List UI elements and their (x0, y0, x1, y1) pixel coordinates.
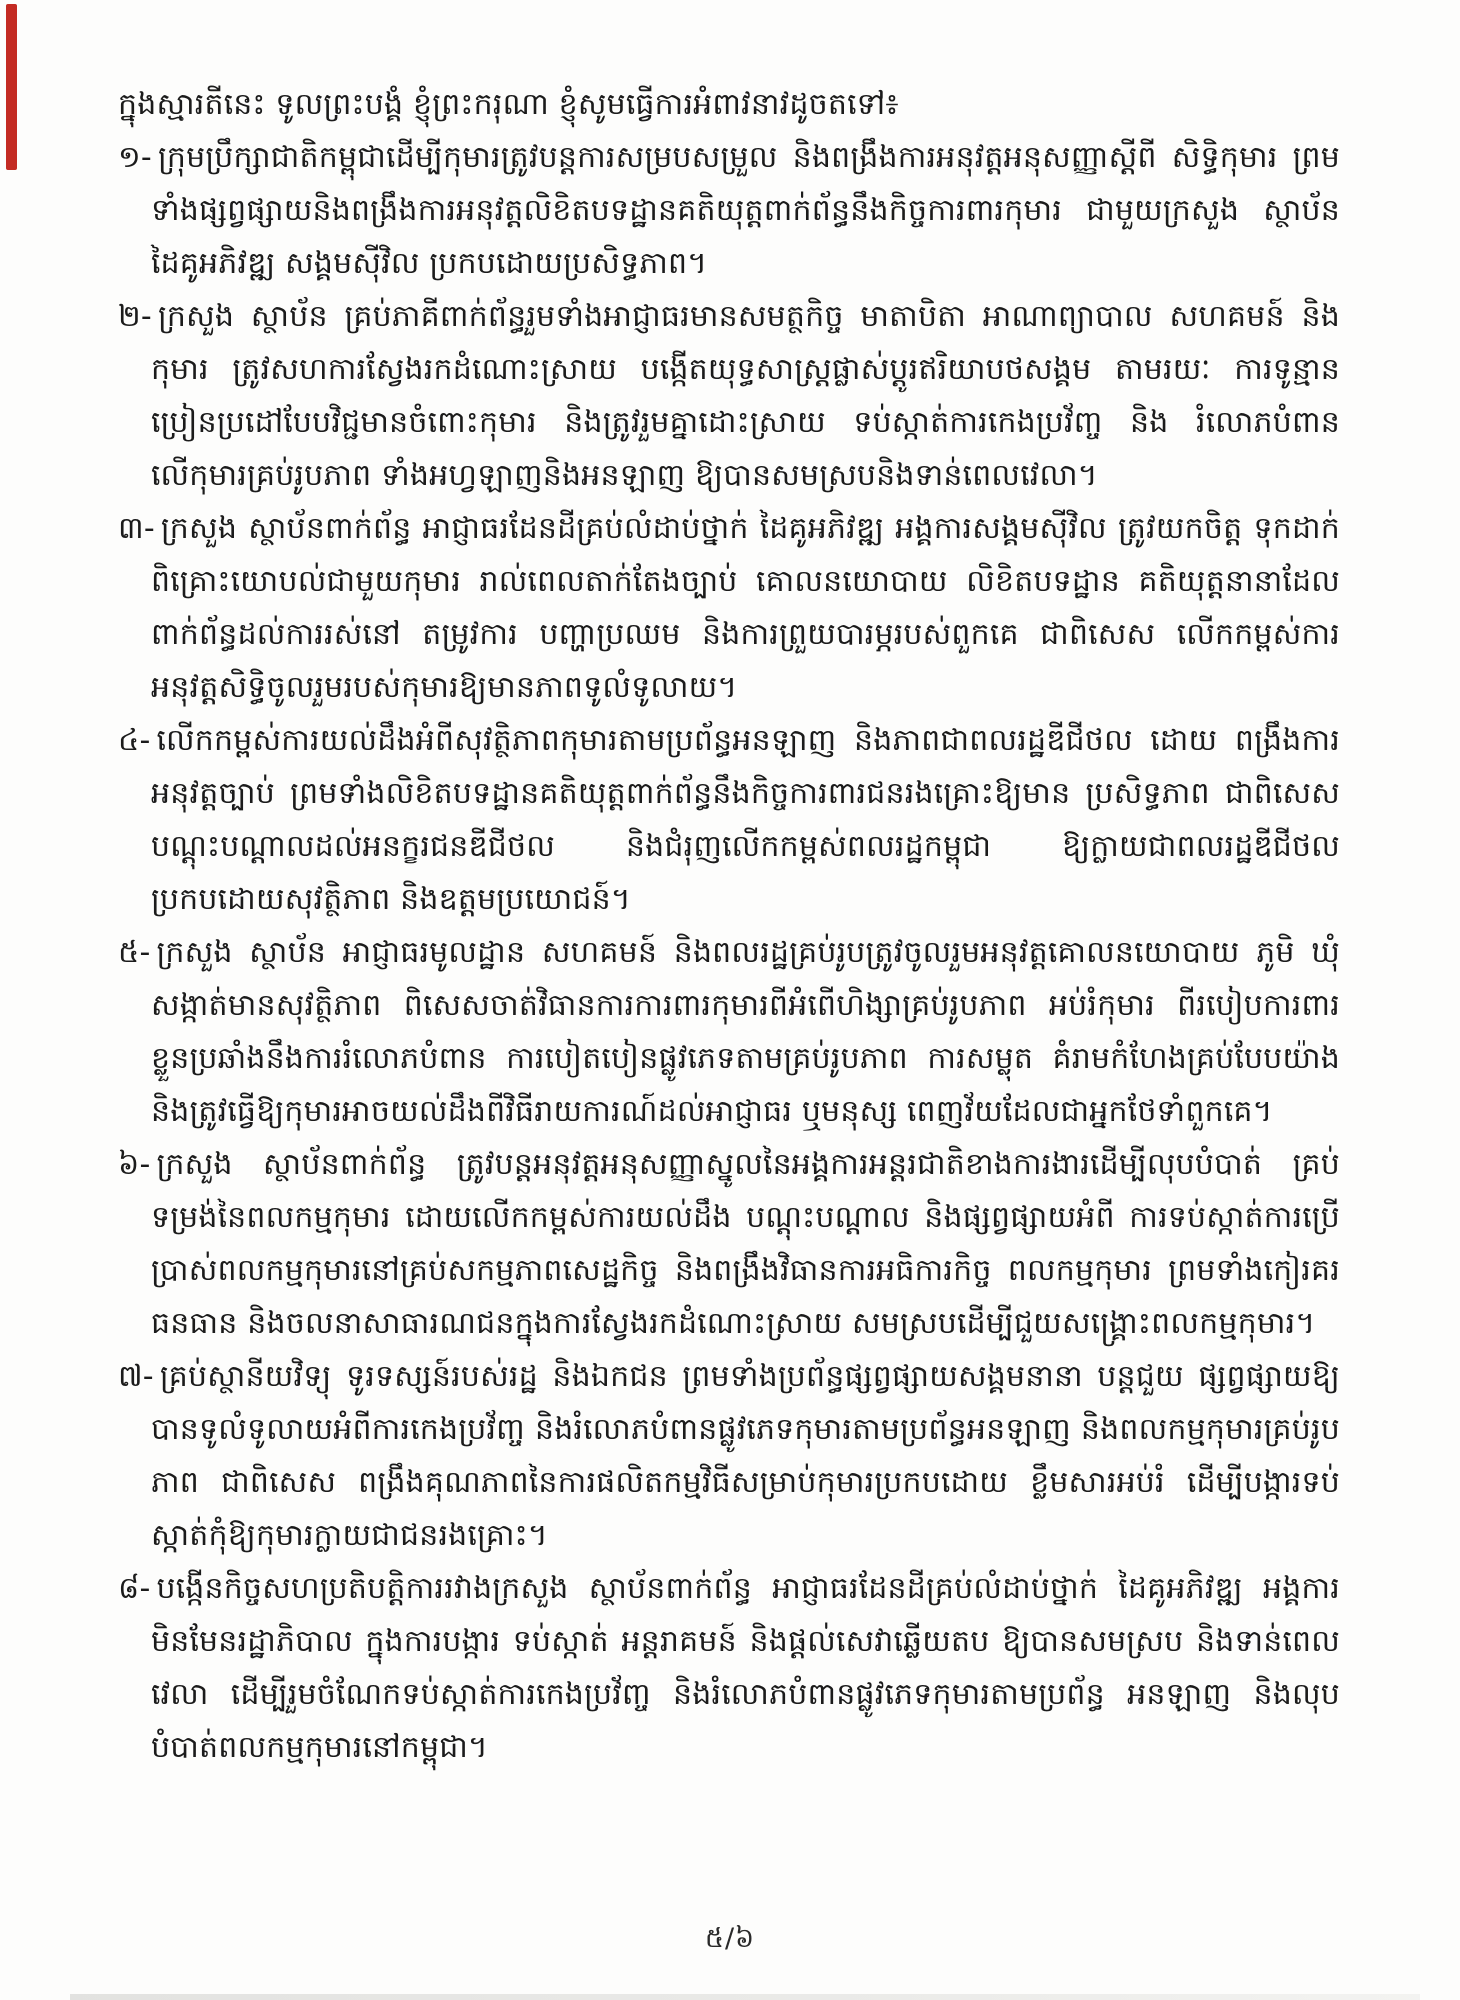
paragraph-number: ១- (118, 140, 158, 175)
numbered-paragraph-7: ៧-គ្រប់ស្ថានីយវិទ្យុ ទូរទស្សន៍របស់រដ្ឋ ន… (118, 1350, 1340, 1562)
paragraph-number: ៥- (118, 935, 156, 970)
page-number: ៥/៦ (0, 1922, 1460, 1961)
paragraph-text: ក្រសួង ស្ថាប័នពាក់ព័ន្ធ ត្រូវបន្តអនុវត្ត… (151, 1147, 1340, 1341)
paragraph-number: ៧- (118, 1359, 160, 1394)
paragraph-text: ក្រុមប្រឹក្សាជាតិកម្ពុជាដើម្បីកុមារត្រូវ… (151, 140, 1340, 281)
paragraph-number: ៨- (118, 1571, 156, 1606)
scanned-document-page: ក្នុងស្មារតីនេះ ទូលព្រះបង្គំ ខ្ញុំព្រះករ… (0, 0, 1460, 2000)
numbered-paragraph-4: ៤-លើកកម្ពស់ការយល់ដឹងអំពីសុវត្ថិភាពកុមារត… (118, 714, 1340, 926)
paragraph-text: បង្កើនកិច្ចសហប្រតិបត្តិការរវាងក្រសួង ស្ថ… (151, 1571, 1340, 1765)
paragraph-text: លើកកម្ពស់ការយល់ដឹងអំពីសុវត្ថិភាពកុមារតាម… (151, 723, 1340, 917)
numbered-paragraph-1: ១-ក្រុមប្រឹក្សាជាតិកម្ពុជាដើម្បីកុមារត្រ… (118, 131, 1340, 290)
paragraph-number: ៣- (118, 511, 161, 546)
paragraph-number: ៦- (118, 1147, 156, 1182)
paragraph-text: គ្រប់ស្ថានីយវិទ្យុ ទូរទស្សន៍របស់រដ្ឋ និង… (151, 1359, 1340, 1553)
numbered-paragraph-2: ២-ក្រសួង ស្ថាប័ន គ្រប់ភាគីពាក់ព័ន្ធរួមទា… (118, 290, 1340, 502)
scan-edge-shadow (70, 1994, 1420, 2000)
intro-line: ក្នុងស្មារតីនេះ ទូលព្រះបង្គំ ខ្ញុំព្រះករ… (118, 78, 1340, 131)
document-body: ក្នុងស្មារតីនេះ ទូលព្រះបង្គំ ខ្ញុំព្រះករ… (118, 78, 1340, 1774)
numbered-paragraph-6: ៦-ក្រសួង ស្ថាប័នពាក់ព័ន្ធ ត្រូវបន្តអនុវត… (118, 1138, 1340, 1350)
red-edge-mark (6, 4, 17, 170)
paragraph-text: ក្រសួង ស្ថាប័ន អាជ្ញាធរមូលដ្ឋាន សហគមន៍ ន… (151, 935, 1340, 1129)
numbered-paragraph-3: ៣-ក្រសួង ស្ថាប័នពាក់ព័ន្ធ អាជ្ញាធរដែនដីគ… (118, 502, 1340, 714)
paragraph-number: ២- (118, 299, 158, 334)
paragraph-text: ក្រសួង ស្ថាប័ន គ្រប់ភាគីពាក់ព័ន្ធរួមទាំង… (151, 299, 1340, 493)
numbered-paragraph-8: ៨-បង្កើនកិច្ចសហប្រតិបត្តិការរវាងក្រសួង ស… (118, 1562, 1340, 1774)
paragraph-number: ៤- (118, 723, 156, 758)
paragraph-text: ក្រសួង ស្ថាប័នពាក់ព័ន្ធ អាជ្ញាធរដែនដីគ្រ… (151, 511, 1340, 705)
numbered-paragraph-5: ៥-ក្រសួង ស្ថាប័ន អាជ្ញាធរមូលដ្ឋាន សហគមន៍… (118, 926, 1340, 1138)
